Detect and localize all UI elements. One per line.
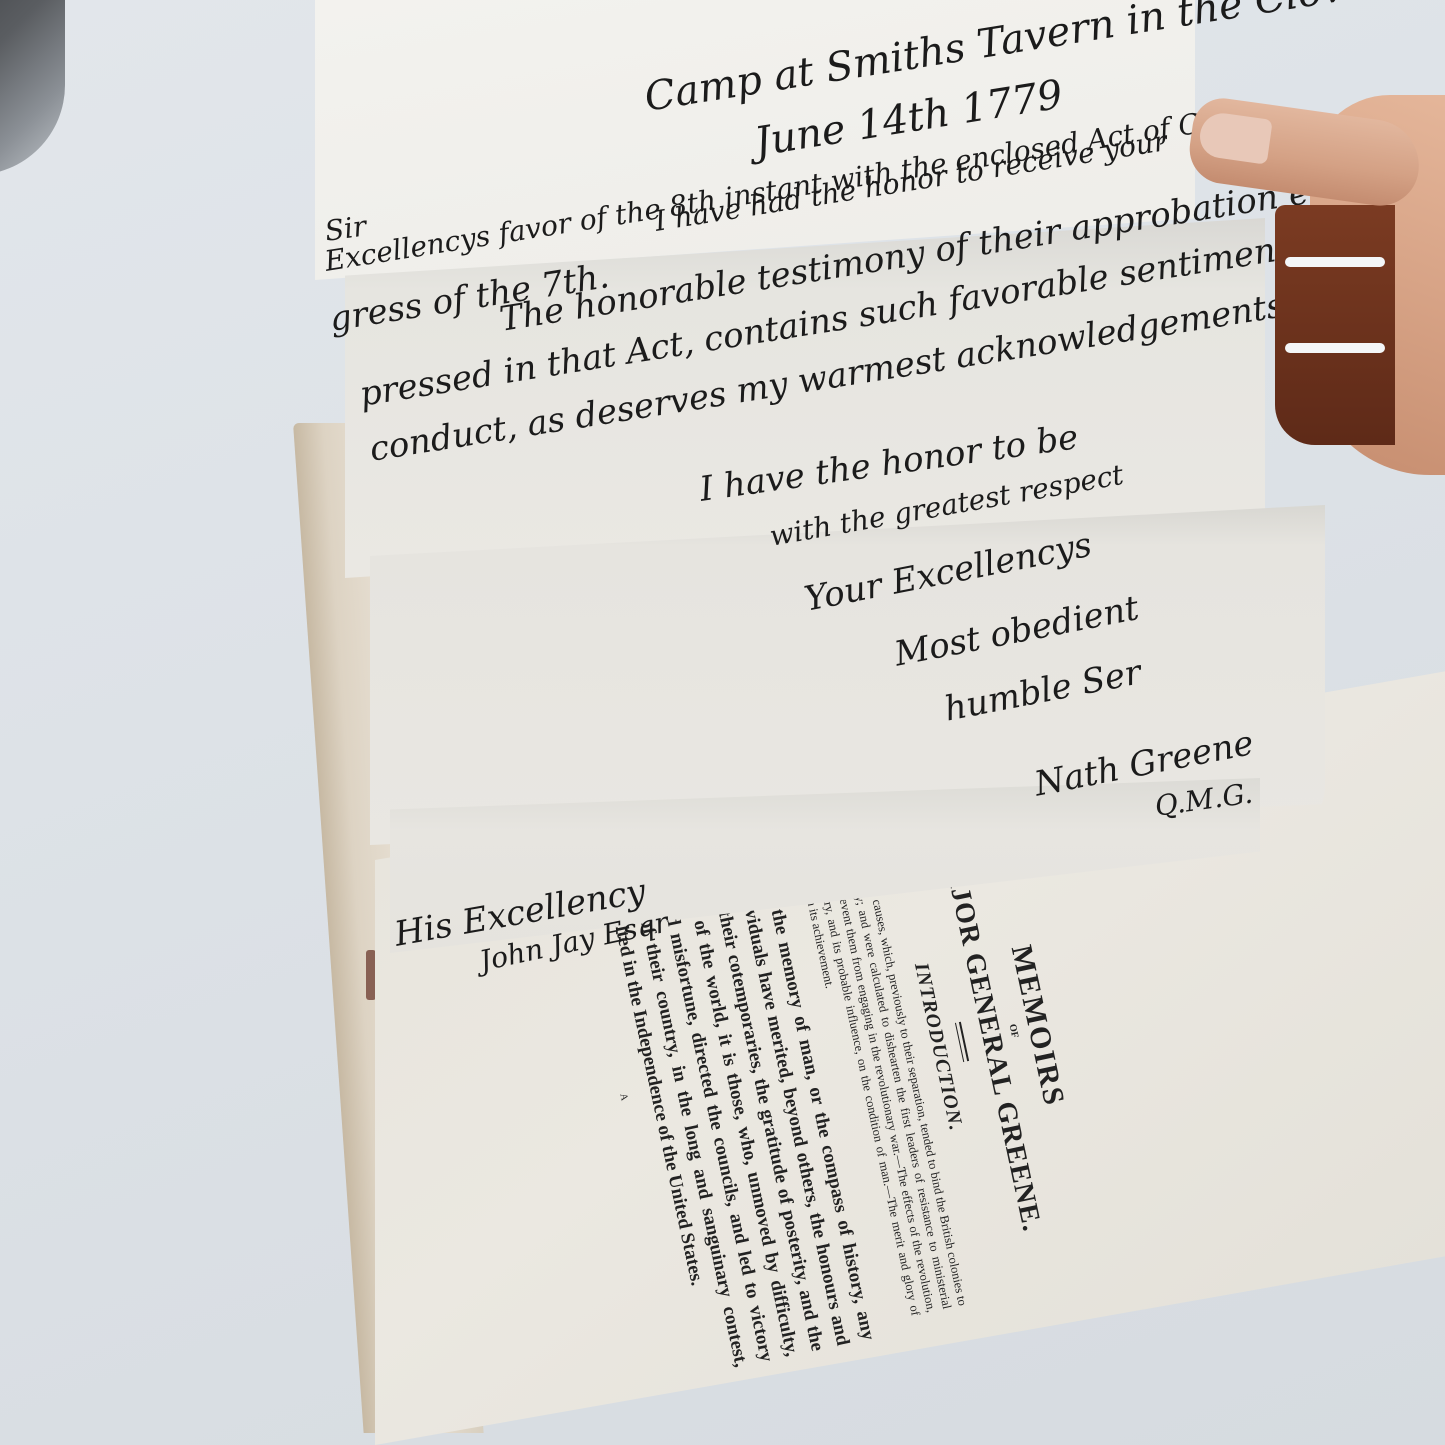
dark-object-corner [0, 0, 65, 175]
finger-gap [1285, 343, 1385, 353]
finger-gap [1285, 257, 1385, 267]
fingers-backlit [1275, 205, 1395, 445]
hand [1190, 85, 1445, 485]
photo-scene: MEMOIRS OF MAJOR GENERAL GREENE. INTRODU… [0, 0, 1445, 1445]
folded-letter: Camp at Smiths Tavern in the Clove June … [315, 0, 1265, 915]
title-rule-divider [955, 1022, 969, 1062]
